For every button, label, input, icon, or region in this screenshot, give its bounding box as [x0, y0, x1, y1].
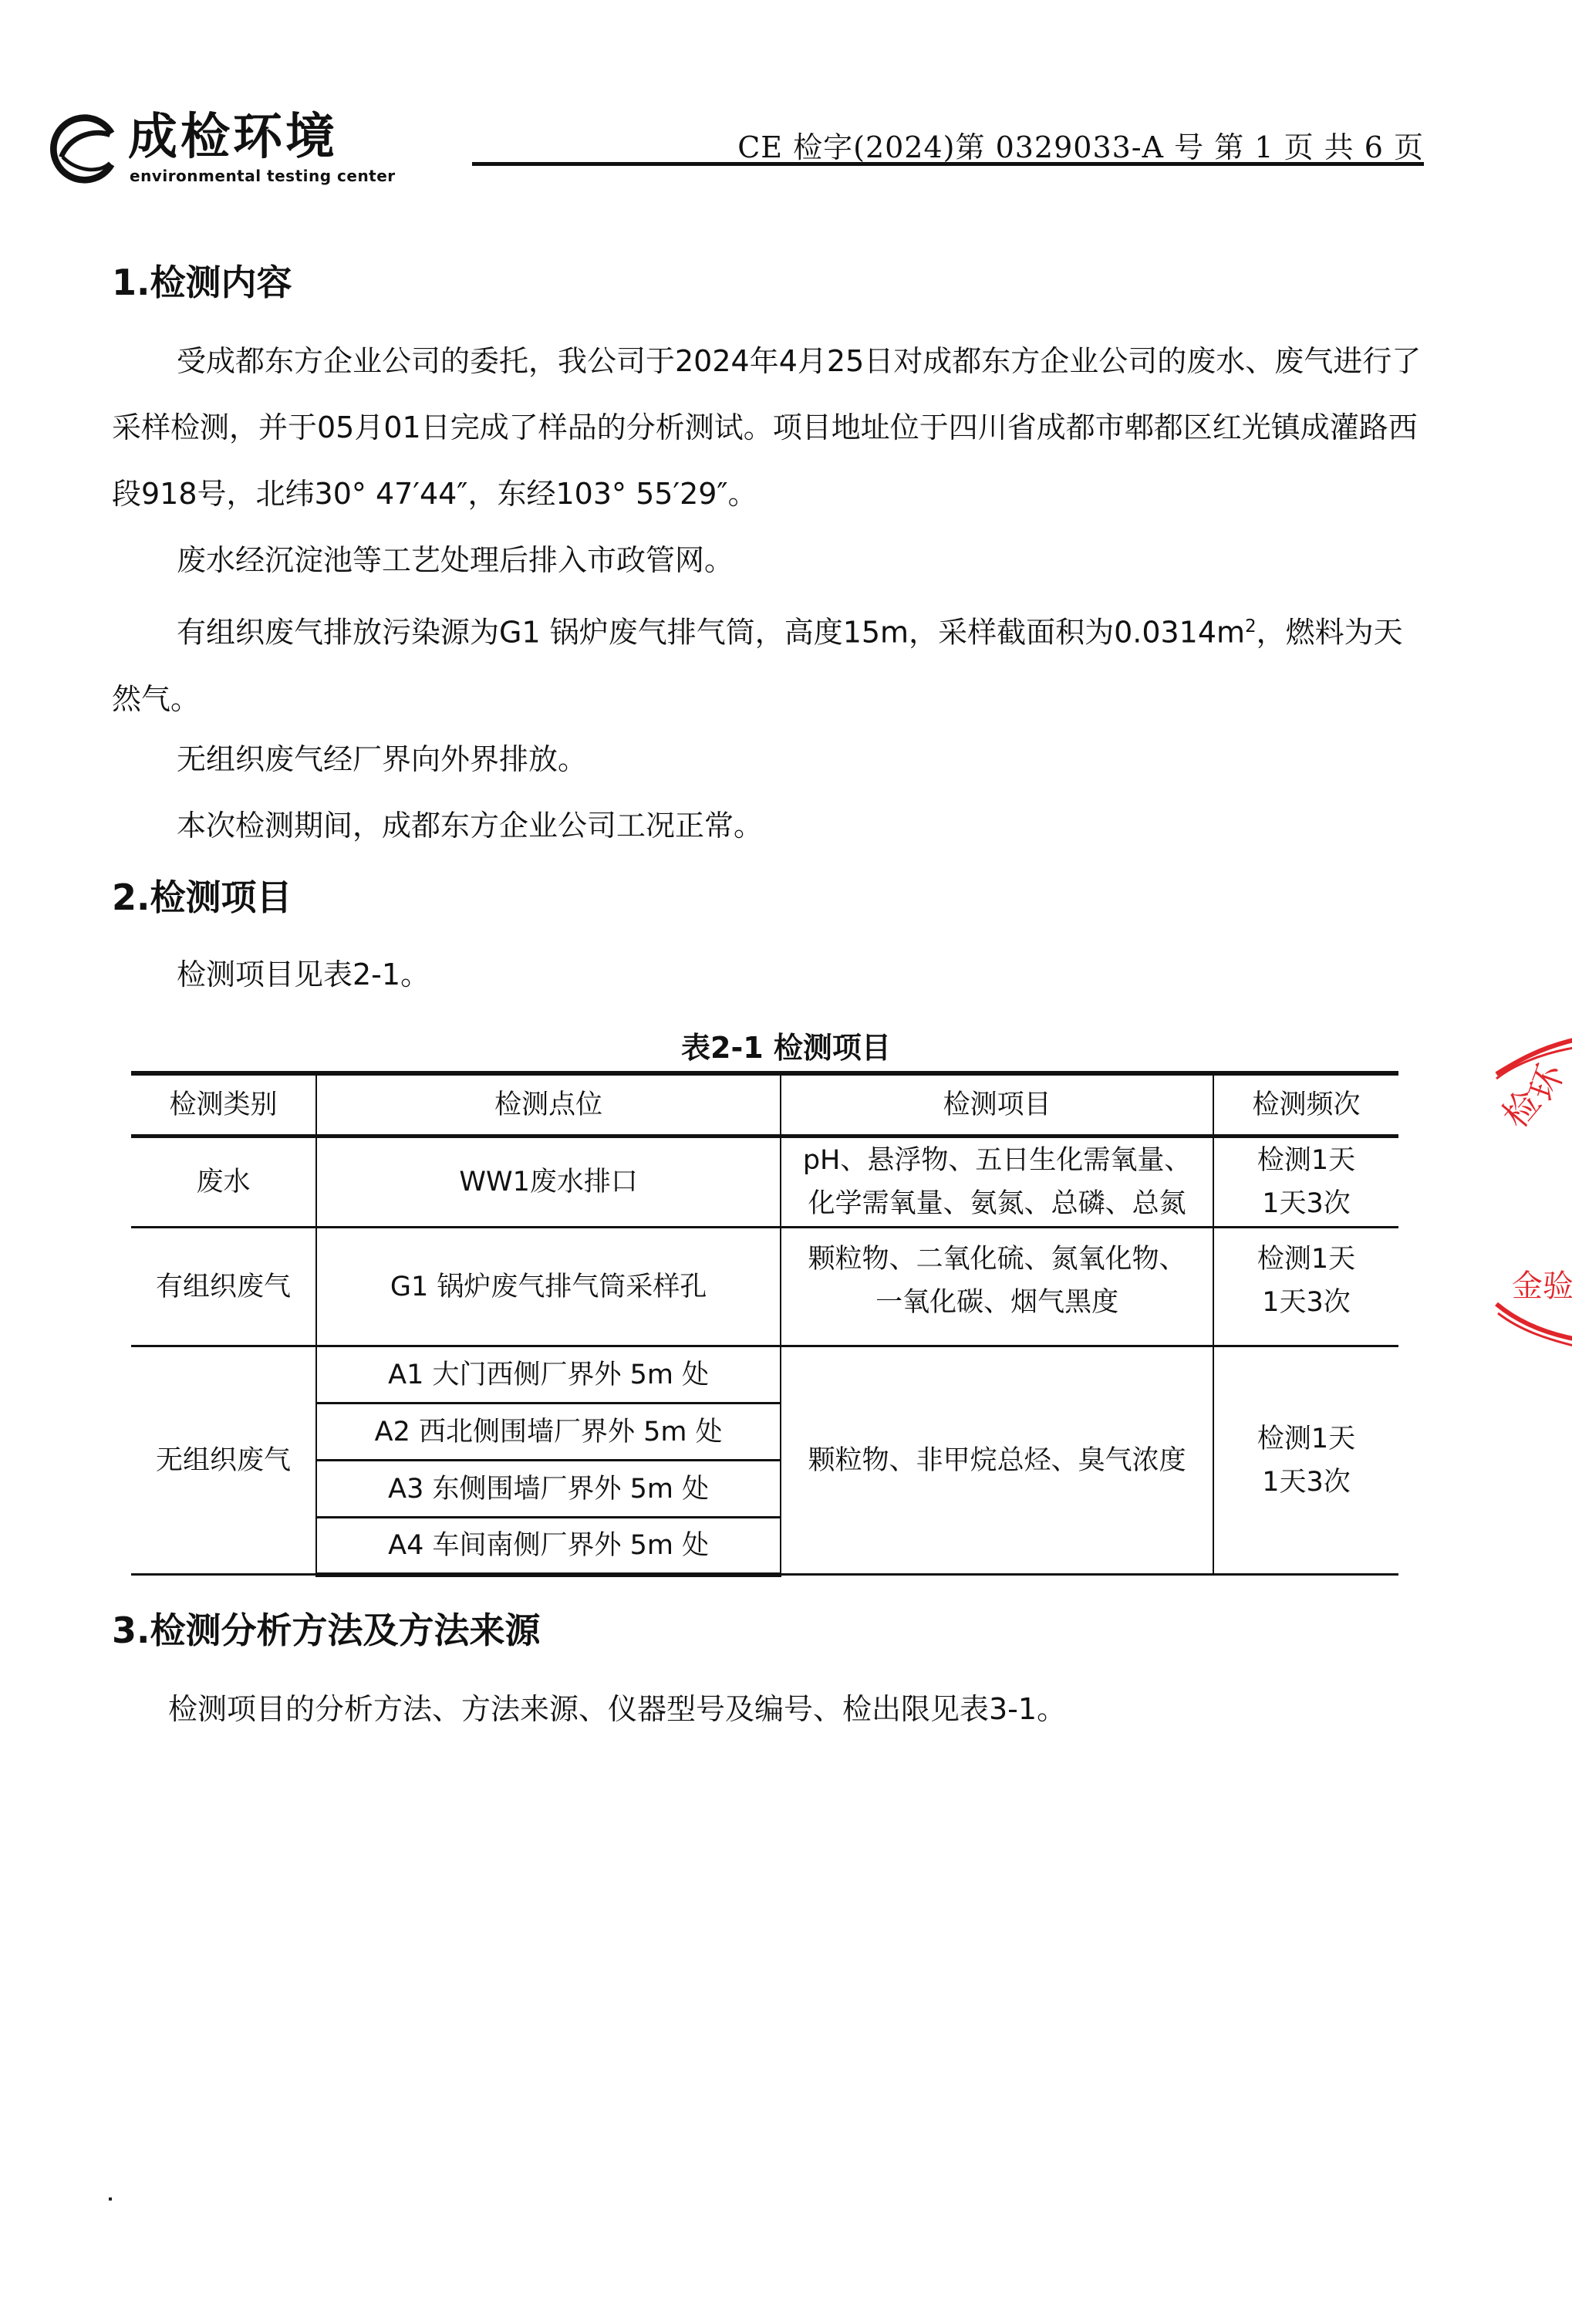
table-row: 废水 WW1废水排口 pH、悬浮物、五日生化需氧量、 化学需氧量、氨氮、总磷、总…	[131, 1137, 1398, 1228]
cell-category: 有组织废气	[131, 1228, 316, 1346]
document-number: CE 检字(2024)第 0329033-A 号 第 1 页 共 6 页	[737, 123, 1424, 166]
header-frequency: 检测频次	[1213, 1073, 1398, 1137]
items-line: 颗粒物、二氧化硫、氮氧化物、	[788, 1238, 1206, 1281]
frequency-line: 1天3次	[1220, 1281, 1392, 1324]
section-3-title: 3.检测分析方法及方法来源	[112, 1607, 540, 1653]
logo-english-name: environmental testing center	[130, 167, 396, 185]
table-row: 无组织废气 A1 大门西侧厂界外 5m 处 颗粒物、非甲烷总烃、臭气浓度 检测1…	[131, 1346, 1398, 1404]
section-1-title: 1.检测内容	[112, 259, 292, 306]
frequency-line: 检测1天	[1220, 1139, 1392, 1182]
table-header-row: 检测类别 检测点位 检测项目 检测频次	[131, 1073, 1398, 1137]
detection-items-table: 检测类别 检测点位 检测项目 检测频次 废水 WW1废水排口 pH、悬浮物、五日…	[131, 1071, 1398, 1577]
header-divider	[472, 162, 1424, 166]
superscript-2: 2	[1245, 616, 1257, 637]
section-3-intro: 检测项目的分析方法、方法来源、仪器型号及编号、检出限见表3-1。	[168, 1676, 1479, 1742]
section-1-paragraph-1: 受成都东方企业公司的委托，我公司于2024年4月25日对成都东方企业公司的废水、…	[112, 328, 1423, 527]
red-seal-stamp: 环 检 金验检	[1466, 1026, 1572, 1366]
seal-char: 金验检	[1512, 1268, 1572, 1304]
cell-items: 颗粒物、非甲烷总烃、臭气浓度	[781, 1346, 1213, 1575]
items-line: 一氧化碳、烟气黑度	[788, 1281, 1206, 1324]
logo-e-icon	[48, 111, 122, 185]
section-1-paragraph-4: 无组织废气经厂界向外界排放。	[112, 726, 1423, 792]
table-caption: 表2-1 检测项目	[0, 1024, 1572, 1066]
cell-point: A4 车间南侧厂界外 5m 处	[316, 1518, 781, 1575]
cell-items: pH、悬浮物、五日生化需氧量、 化学需氧量、氨氮、总磷、总氮	[781, 1137, 1213, 1228]
table-row: 有组织废气 G1 锅炉废气排气筒采样孔 颗粒物、二氧化硫、氮氧化物、 一氧化碳、…	[131, 1228, 1398, 1346]
cell-point: A3 东侧围墙厂界外 5m 处	[316, 1461, 781, 1518]
cell-category: 无组织废气	[131, 1346, 316, 1575]
cell-frequency: 检测1天 1天3次	[1213, 1346, 1398, 1575]
cell-items: 颗粒物、二氧化硫、氮氧化物、 一氧化碳、烟气黑度	[781, 1228, 1213, 1346]
section-1-paragraph-3: 有组织废气排放污染源为G1 锅炉废气排气筒，高度15m，采样截面积为0.0314…	[112, 593, 1423, 732]
section-2-title: 2.检测项目	[112, 874, 292, 920]
header-points: 检测点位	[316, 1073, 781, 1137]
cell-frequency: 检测1天 1天3次	[1213, 1228, 1398, 1346]
items-line: 化学需氧量、氨氮、总磷、总氮	[788, 1182, 1206, 1225]
header-category: 检测类别	[131, 1073, 316, 1137]
section-1-paragraph-5: 本次检测期间，成都东方企业公司工况正常。	[112, 792, 1423, 859]
cell-point: G1 锅炉废气排气筒采样孔	[316, 1228, 781, 1346]
paragraph-3-text: 有组织废气排放污染源为G1 锅炉废气排气筒，高度15m，采样截面积为0.0314…	[177, 616, 1245, 650]
cell-point: A2 西北侧围墙厂界外 5m 处	[316, 1404, 781, 1461]
frequency-line: 检测1天	[1220, 1417, 1392, 1461]
frequency-line: 1天3次	[1220, 1182, 1392, 1225]
section-2-intro: 检测项目见表2-1。	[112, 941, 1423, 1008]
cell-frequency: 检测1天 1天3次	[1213, 1137, 1398, 1228]
scan-speck	[109, 2197, 112, 2201]
cell-point: WW1废水排口	[316, 1137, 781, 1228]
frequency-line: 1天3次	[1220, 1461, 1392, 1504]
header-items: 检测项目	[781, 1073, 1213, 1137]
company-logo: 成检环境 environmental testing center	[48, 106, 372, 191]
logo-chinese-name: 成检环境	[128, 106, 338, 168]
cell-category: 废水	[131, 1137, 316, 1228]
cell-point: A1 大门西侧厂界外 5m 处	[316, 1346, 781, 1404]
seal-ring-icon: 环 检 金验检	[1466, 1026, 1572, 1366]
section-1-paragraph-2: 废水经沉淀池等工艺处理后排入市政管网。	[112, 527, 1423, 593]
frequency-line: 检测1天	[1220, 1238, 1392, 1281]
items-line: pH、悬浮物、五日生化需氧量、	[788, 1139, 1206, 1182]
